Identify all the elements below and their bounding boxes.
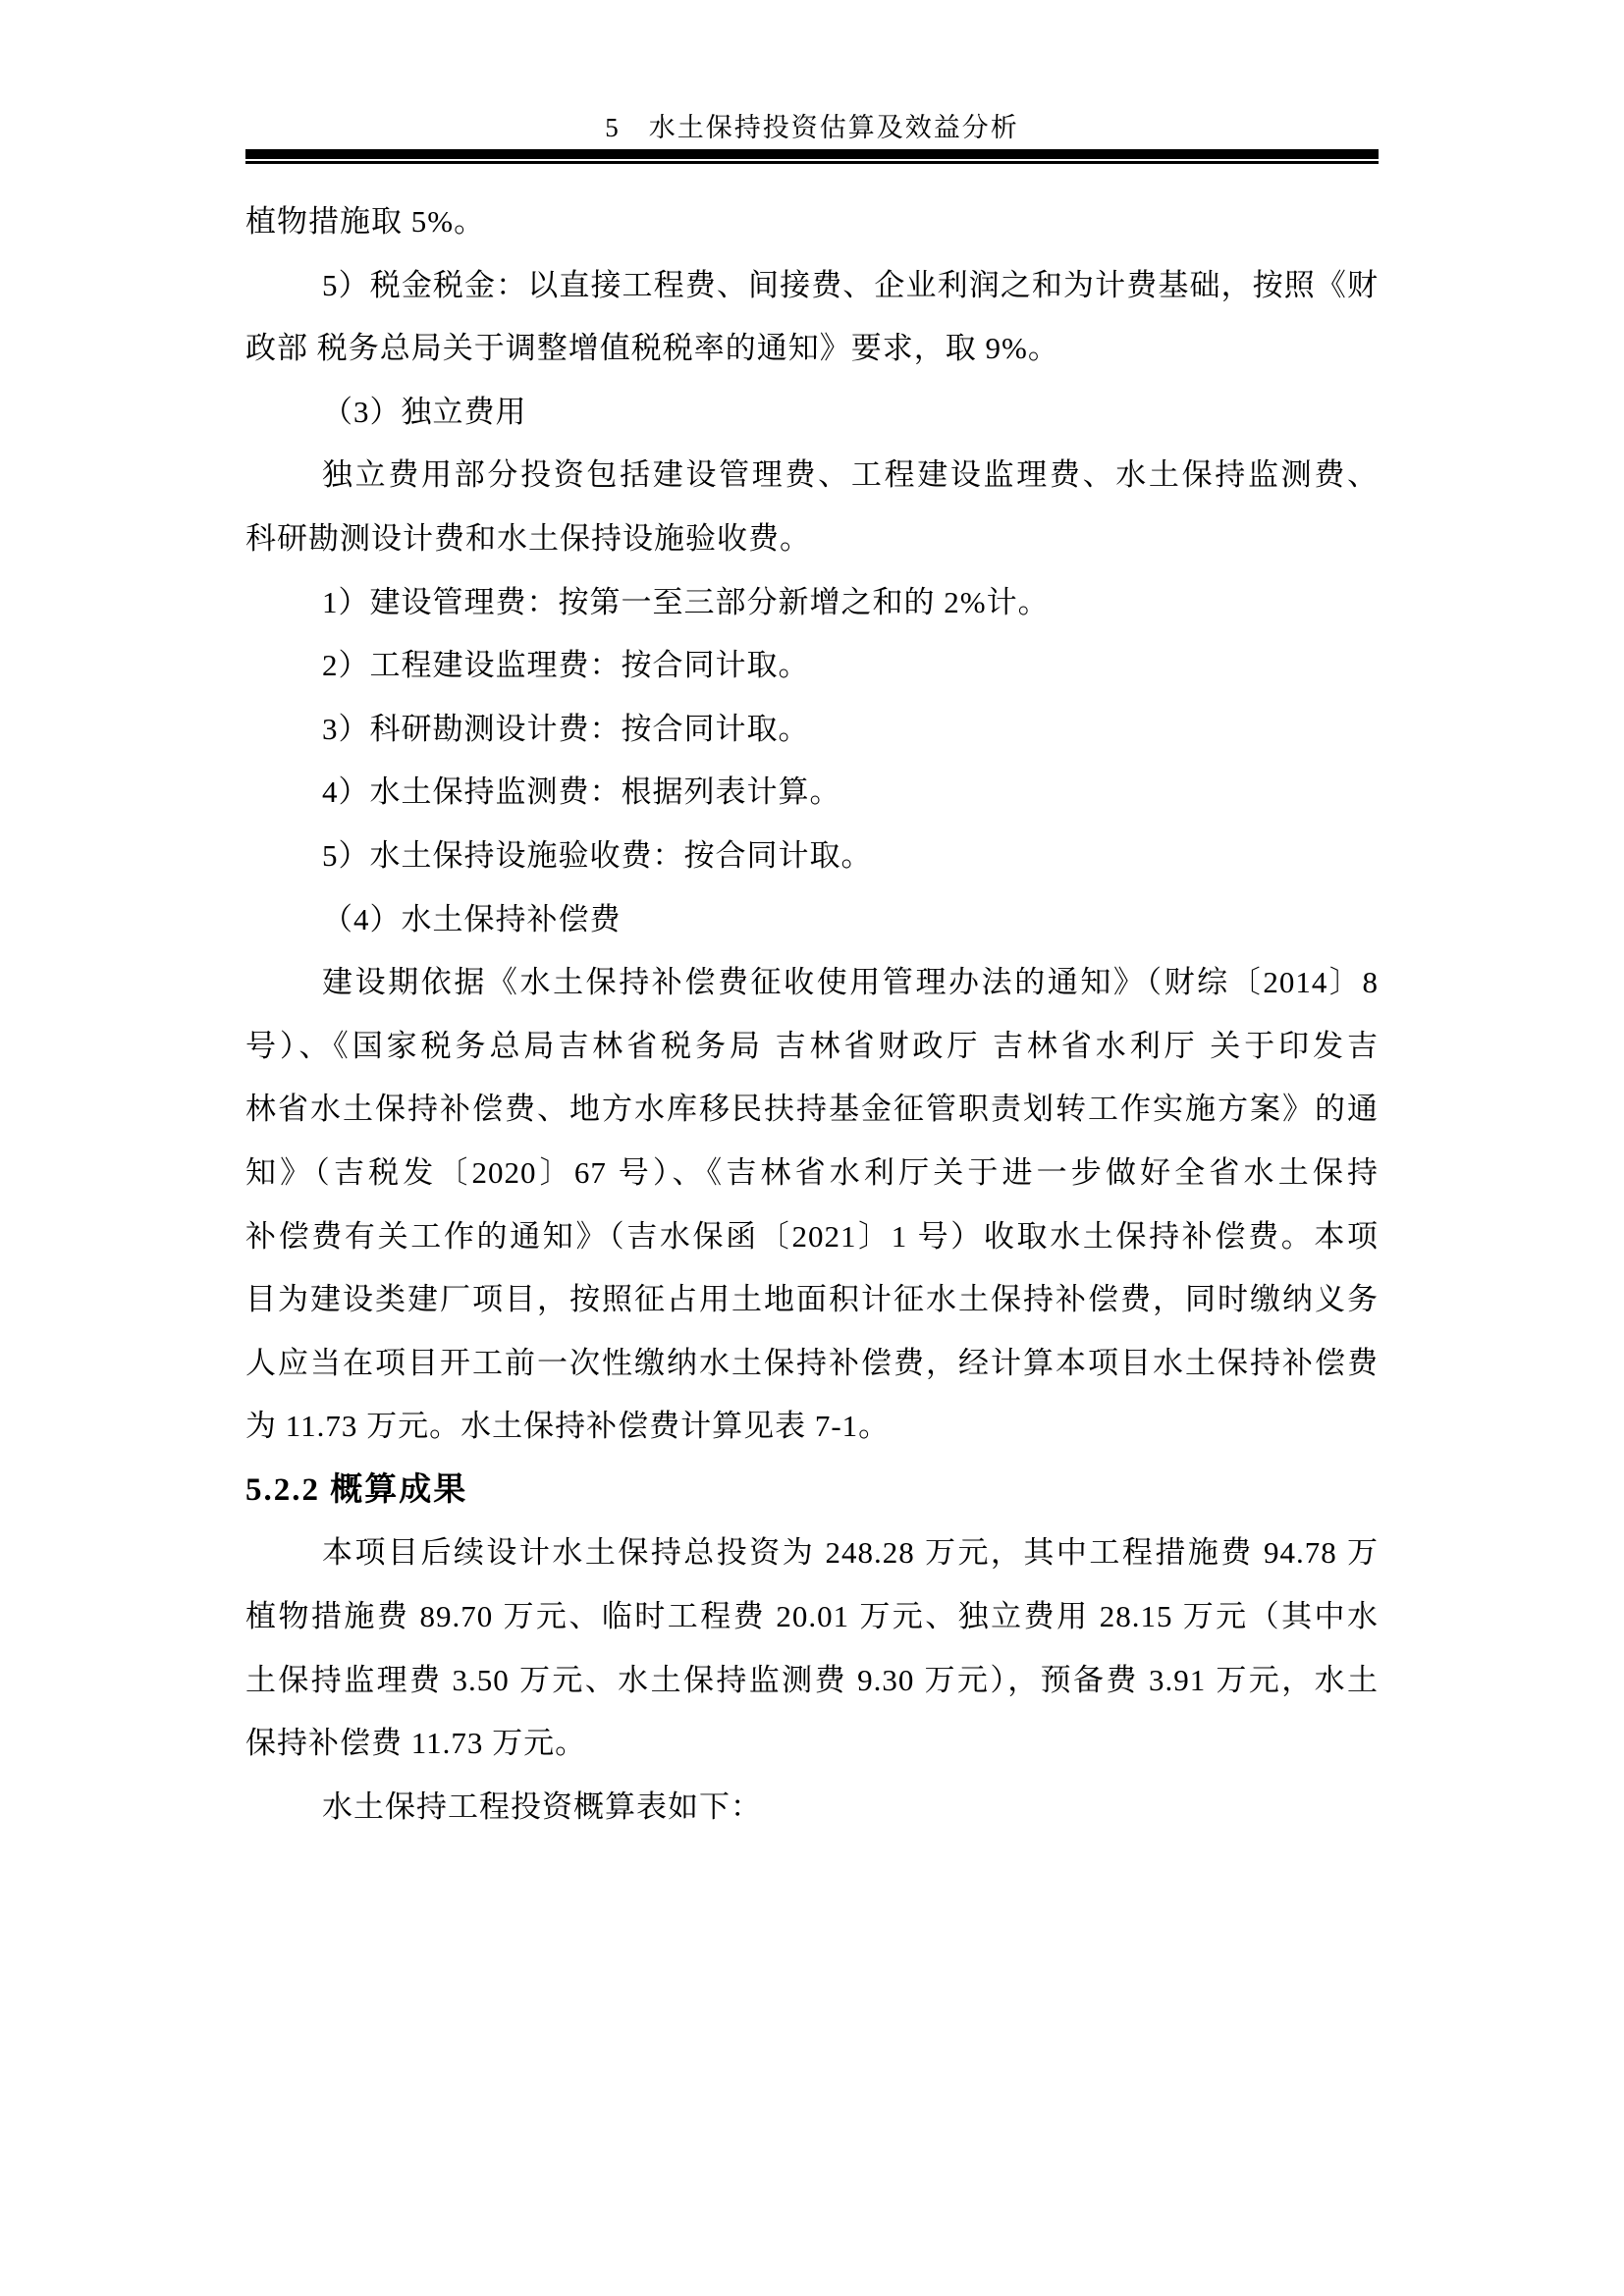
text-line: 土保持监理费 3.50 万元、水土保持监测费 9.30 万元），预备费 3.91… [245,1649,1379,1713]
section-heading: 5.2.2 概算成果 [245,1459,1379,1522]
text-line: （3）独立费用 [245,381,1379,445]
text-line: 知》（吉税发〔2020〕67 号）、《吉林省水利厅关于进一步做好全省水土保持 [245,1142,1379,1205]
text-line: （4）水土保持补偿费 [245,888,1379,952]
page-header-title: 5 水土保持投资估算及效益分析 [245,108,1379,147]
text-line: 5）税金税金：以直接工程费、间接费、企业利润之和为计费基础，按照《财 [245,254,1379,318]
text-line: 号）、《国家税务总局吉林省税务局 吉林省财政厅 吉林省水利厅 关于印发吉 [245,1015,1379,1079]
text-line: 建设期依据《水土保持补偿费征收使用管理办法的通知》（财综〔2014〕8 [245,951,1379,1015]
text-line: 本项目后续设计水土保持总投资为 248.28 万元，其中工程措施费 94.78 … [245,1522,1379,1585]
text-line: 科研勘测设计费和水土保持设施验收费。 [245,507,1379,571]
text-line: 植物措施取 5%。 [245,190,1379,254]
text-line: 人应当在项目开工前一次性缴纳水土保持补偿费，经计算本项目水土保持补偿费 [245,1332,1379,1396]
header-rule-thick [245,149,1379,159]
document-body: 植物措施取 5%。5）税金税金：以直接工程费、间接费、企业利润之和为计费基础，按… [245,190,1379,1839]
text-line: 2）工程建设监理费：按合同计取。 [245,634,1379,698]
text-line: 3）科研勘测设计费：按合同计取。 [245,698,1379,762]
text-line: 保持补偿费 11.73 万元。 [245,1712,1379,1776]
text-line: 植物措施费 89.70 万元、临时工程费 20.01 万元、独立费用 28.15… [245,1585,1379,1649]
text-line: 1）建设管理费：按第一至三部分新增之和的 2%计。 [245,571,1379,635]
text-line: 独立费用部分投资包括建设管理费、工程建设监理费、水土保持监测费、 [245,444,1379,507]
text-line: 为 11.73 万元。水土保持补偿费计算见表 7-1。 [245,1395,1379,1459]
text-line: 4）水土保持监测费：根据列表计算。 [245,761,1379,825]
header-rule-thin [245,161,1379,164]
text-line: 5）水土保持设施验收费：按合同计取。 [245,825,1379,888]
document-page: 5 水土保持投资估算及效益分析 植物措施取 5%。5）税金税金：以直接工程费、间… [0,0,1624,2296]
text-line: 政部 税务总局关于调整增值税税率的通知》要求，取 9%。 [245,317,1379,381]
text-line: 水土保持工程投资概算表如下： [245,1776,1379,1840]
text-line: 补偿费有关工作的通知》（吉水保函〔2021〕1 号）收取水土保持补偿费。本项 [245,1205,1379,1269]
text-line: 林省水土保持补偿费、地方水库移民扶持基金征管职责划转工作实施方案》的通 [245,1078,1379,1142]
text-line: 目为建设类建厂项目，按照征占用土地面积计征水土保持补偿费，同时缴纳义务 [245,1268,1379,1332]
